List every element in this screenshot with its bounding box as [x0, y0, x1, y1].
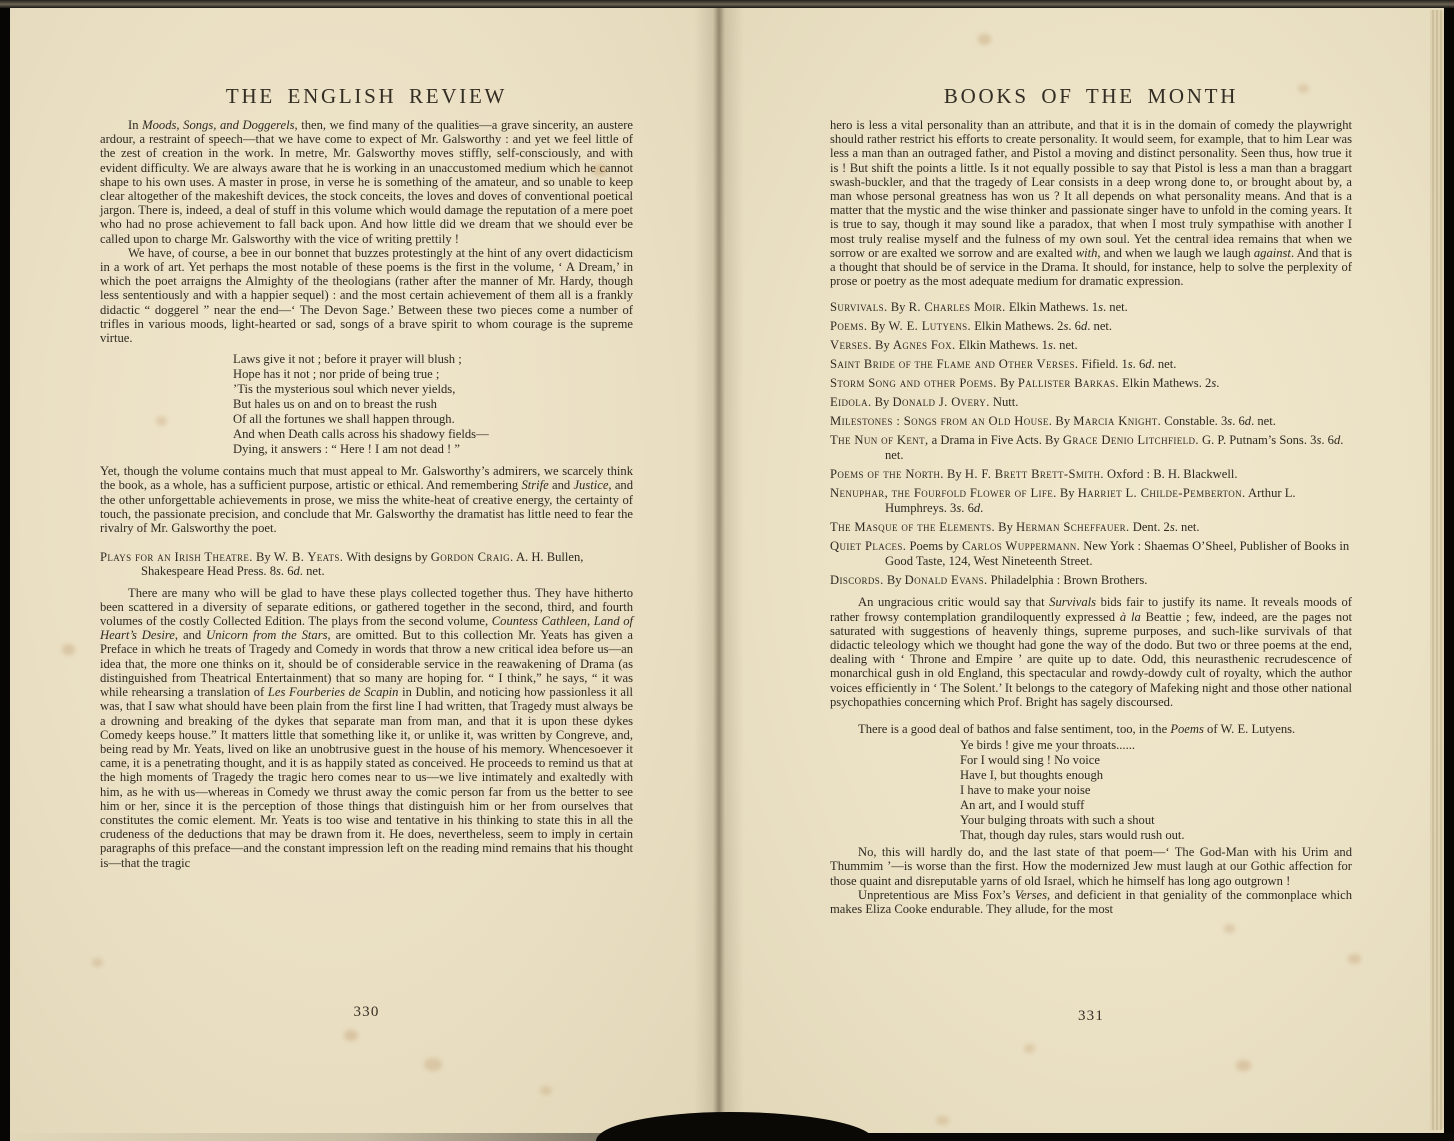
right-text-column: hero is less a vital personality than an… [830, 118, 1352, 916]
book-entry: The Masque of the Elements. By Herman Sc… [830, 520, 1352, 535]
paragraph-yet-though: Yet, though the volume contains much tha… [100, 464, 633, 535]
book-entry: Verses. By Agnes Fox. Elkin Mathews. 1s.… [830, 338, 1352, 353]
right-running-head: BOOKS OF THE MONTH [830, 84, 1352, 109]
paragraph-hero-continuation: hero is less a vital personality than an… [830, 118, 1352, 288]
book-entry: Discords. By Donald Evans. Philadelphia … [830, 573, 1352, 588]
left-text-column: In Moods, Songs, and Doggerels, then, we… [100, 118, 633, 870]
paragraph-bee-in-bonnet: We have, of course, a bee in our bonnet … [100, 246, 633, 345]
book-review-heading: Plays for an Irish Theatre. By W. B. Yea… [100, 550, 633, 578]
book-entry: Quiet Places. Poems by Carlos Wuppermann… [830, 539, 1352, 569]
left-page: THE ENGLISH REVIEW In Moods, Songs, and … [10, 8, 718, 1141]
book-entry: Survivals. By R. Charles Moir. Elkin Mat… [830, 300, 1352, 315]
book-entry: Milestones : Songs from an Old House. By… [830, 414, 1352, 429]
left-page-number: 330 [100, 1004, 633, 1021]
book-top-edge [0, 0, 1454, 8]
right-page-number: 331 [830, 1008, 1352, 1025]
verse-quotation: Ye birds ! give me your throats...... Fo… [960, 738, 1352, 843]
right-page: BOOKS OF THE MONTH hero is less a vital … [718, 8, 1444, 1133]
book-entry: Poems. By W. E. Lutyens. Elkin Mathews. … [830, 319, 1352, 334]
book-entry: Saint Bride of the Flame and Other Verse… [830, 357, 1352, 372]
book-entry: Poems of the North. By H. F. Brett Brett… [830, 467, 1352, 482]
book-entry: The Nun of Kent, a Drama in Five Acts. B… [830, 433, 1352, 463]
paragraph-bathos: There is a good deal of bathos and false… [830, 722, 1352, 736]
scanned-book-photo: THE ENGLISH REVIEW In Moods, Songs, and … [0, 0, 1454, 1141]
paragraph-unpretentious: Unpretentious are Miss Fox’s Verses, and… [830, 888, 1352, 916]
book-entry: Storm Song and other Poems. By Pallister… [830, 376, 1352, 391]
paragraph-no-this: No, this will hardly do, and the last st… [830, 845, 1352, 888]
paragraph-yeats-review: There are many who will be glad to have … [100, 586, 633, 870]
book-entry: Eidola. By Donald J. Overy. Nutt. [830, 395, 1352, 410]
left-running-head: THE ENGLISH REVIEW [100, 84, 633, 109]
books-of-month-list: Survivals. By R. Charles Moir. Elkin Mat… [830, 300, 1352, 588]
verse-quotation: Laws give it not ; before it prayer will… [233, 352, 633, 457]
book-entry: Nenuphar, the Fourfold Flower of Life. B… [830, 486, 1352, 516]
paragraph-ungracious-critic: An ungracious critic would say that Surv… [830, 595, 1352, 709]
paragraph-moods-songs-doggerels: In Moods, Songs, and Doggerels, then, we… [100, 118, 633, 246]
